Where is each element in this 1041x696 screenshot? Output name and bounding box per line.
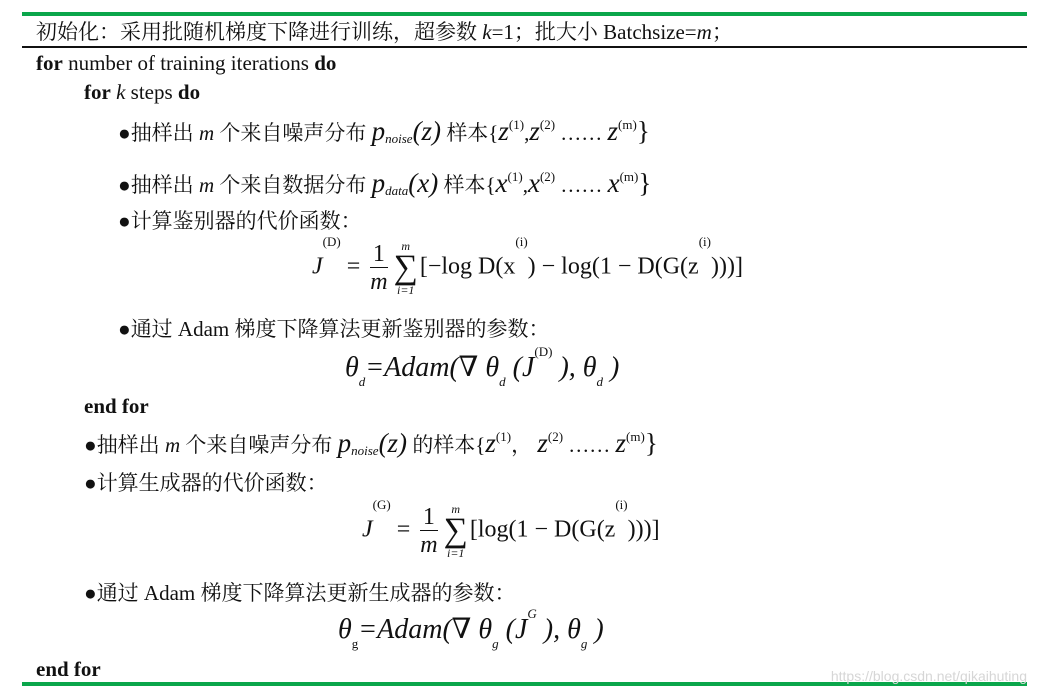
- brace: }: [638, 168, 651, 198]
- bullet-icon: ●: [84, 471, 97, 495]
- subscript: g: [352, 636, 359, 651]
- sum-symbol: m∑i=1: [394, 240, 418, 296]
- numerator: 1: [420, 504, 437, 531]
- text: 抽样出: [131, 121, 199, 145]
- p-var: p: [372, 116, 386, 146]
- formula-body: =Adam(∇ θ: [358, 614, 492, 645]
- g-update-formula: θg=Adam(∇ θg (JG ), θg ): [338, 612, 604, 646]
- superscript: (i): [699, 234, 711, 249]
- bullet-icon: ●: [84, 433, 97, 457]
- formula-body: ), θ: [552, 352, 596, 383]
- arg: (x): [408, 168, 438, 198]
- text: 样本{: [438, 173, 495, 197]
- j-var: J: [312, 254, 323, 280]
- ellipsis: ……: [555, 173, 608, 197]
- ellipsis: ……: [555, 121, 608, 145]
- inner-for-line: for k steps do: [84, 79, 200, 105]
- init-mid: =1；批大小 Batchsize=: [492, 20, 697, 44]
- superscript: (i): [515, 234, 527, 249]
- numerator: 1: [370, 241, 387, 268]
- sample-m: z: [616, 428, 627, 458]
- g-update-label: ●通过 Adam 梯度下降算法更新生成器的参数：: [84, 580, 516, 606]
- equals: =: [391, 517, 417, 543]
- g-sample-noise-line: ●抽样出 m 个来自噪声分布 pnoise(z) 的样本{z(1)， z(2) …: [84, 430, 658, 458]
- subscript: d: [597, 374, 604, 389]
- m-var: m: [697, 20, 712, 44]
- text: 计算鉴别器的代价函数：: [131, 209, 362, 233]
- init-text: 初始化：采用批随机梯度下降进行训练，超参数: [36, 20, 482, 44]
- g-cost-formula: J(G) = 1mm∑i=1[log(1 − D(G(z(i))))]: [362, 503, 660, 559]
- text: 样本{: [441, 121, 498, 145]
- formula-body: ): [603, 352, 619, 383]
- outer-loop-text: number of training iterations: [63, 51, 314, 75]
- subscript: g: [581, 636, 588, 651]
- text: 抽样出: [131, 173, 199, 197]
- superscript: (2): [540, 169, 555, 184]
- sample-2: z: [529, 116, 540, 146]
- sum-symbol: m∑i=1: [444, 503, 468, 559]
- text: 通过 Adam 梯度下降算法更新生成器的参数：: [97, 581, 516, 605]
- kw-do: do: [178, 80, 200, 104]
- superscript: (1): [496, 429, 511, 444]
- brace: }: [637, 116, 650, 146]
- bullet-icon: ●: [118, 121, 131, 145]
- superscript: (2): [540, 117, 555, 132]
- superscript: (D): [323, 234, 341, 249]
- superscript: (m): [618, 117, 637, 132]
- brace: }: [645, 428, 658, 458]
- watermark: https://blog.csdn.net/qikaihuting: [831, 668, 1027, 684]
- m-var: m: [165, 433, 180, 457]
- denominator: m: [420, 531, 437, 559]
- superscript: (D): [534, 344, 552, 359]
- fraction: 1m: [420, 504, 437, 559]
- subscript: d: [499, 374, 506, 389]
- d-cost-label: ●计算鉴别器的代价函数：: [118, 208, 362, 234]
- formula-body: =Adam(∇ θ: [365, 352, 499, 383]
- text: 的样本{: [407, 433, 485, 457]
- ellipsis: ……: [563, 433, 616, 457]
- subscript: noise: [385, 131, 412, 146]
- bullet-icon: ●: [84, 581, 97, 605]
- arg: (z): [413, 116, 442, 146]
- d-update-label: ●通过 Adam 梯度下降算法更新鉴别器的参数：: [118, 316, 550, 342]
- formula-body: ), θ: [537, 614, 581, 645]
- formula-body: ): [587, 614, 603, 645]
- formula-body: (J: [499, 614, 528, 645]
- sample-2: x: [528, 168, 540, 198]
- outer-end-for: end for: [36, 656, 101, 682]
- subscript: noise: [351, 443, 378, 458]
- text: 计算生成器的代价函数：: [97, 471, 328, 495]
- superscript: (i): [615, 497, 627, 512]
- formula-body: )))]: [711, 254, 743, 280]
- j-var: J: [362, 517, 373, 543]
- p-var: p: [372, 168, 386, 198]
- subscript: d: [359, 374, 366, 389]
- top-green-rule: [22, 12, 1027, 16]
- g-cost-label: ●计算生成器的代价函数：: [84, 470, 328, 496]
- sample-1: z: [498, 116, 509, 146]
- d-sample-noise-line: ●抽样出 m 个来自噪声分布 pnoise(z) 样本{z(1),z(2) ………: [118, 118, 650, 146]
- sample-m: z: [608, 116, 619, 146]
- theta: θ: [338, 614, 352, 645]
- denominator: m: [370, 268, 387, 296]
- subscript: g: [492, 636, 499, 651]
- arg: (z): [379, 428, 408, 458]
- separator: ，: [511, 433, 537, 457]
- text: 个来自噪声分布: [214, 121, 372, 145]
- bullet-icon: ●: [118, 173, 131, 197]
- init-line: 初始化：采用批随机梯度下降进行训练，超参数 k=1；批大小 Batchsize=…: [36, 19, 733, 45]
- sample-m: x: [608, 168, 620, 198]
- init-suffix: ；: [712, 20, 733, 44]
- formula-body: ) − log(1 − D(G(z: [528, 254, 699, 280]
- theta: θ: [345, 352, 359, 383]
- text: 个来自数据分布: [214, 173, 372, 197]
- text: 通过 Adam 梯度下降算法更新鉴别器的参数：: [131, 317, 550, 341]
- formula-body: [−log D(x: [420, 254, 516, 280]
- k-var: k: [482, 20, 491, 44]
- superscript: G: [527, 606, 536, 621]
- fraction: 1m: [370, 241, 387, 296]
- formula-body: )))]: [628, 517, 660, 543]
- superscript: (m): [626, 429, 645, 444]
- formula-body: (J: [506, 352, 535, 383]
- lower-limit: i=1: [444, 547, 468, 559]
- bullet-icon: ●: [118, 317, 131, 341]
- formula-body: [log(1 − D(G(z: [470, 517, 616, 543]
- outer-for-line: for number of training iterations do: [36, 50, 336, 76]
- bullet-icon: ●: [118, 209, 131, 233]
- header-rule: [22, 46, 1027, 48]
- superscript: (1): [509, 117, 524, 132]
- text: 抽样出: [97, 433, 165, 457]
- p-var: p: [338, 428, 352, 458]
- inner-end-for: end for: [84, 393, 149, 419]
- kw-do: do: [314, 51, 336, 75]
- inner-loop-text: steps: [125, 80, 178, 104]
- superscript: (G): [373, 497, 391, 512]
- subscript: data: [385, 183, 408, 198]
- d-sample-data-line: ●抽样出 m 个来自数据分布 pdata(x) 样本{x(1),x(2) …… …: [118, 170, 651, 198]
- sample-2: z: [537, 428, 548, 458]
- sample-1: x: [496, 168, 508, 198]
- lower-limit: i=1: [394, 284, 418, 296]
- d-cost-formula: J(D) = 1mm∑i=1[−log D(x(i)) − log(1 − D(…: [312, 240, 743, 296]
- superscript: (2): [548, 429, 563, 444]
- sample-1: z: [485, 428, 496, 458]
- text: 个来自噪声分布: [180, 433, 338, 457]
- d-update-formula: θd=Adam(∇ θd (J(D) ), θd ): [345, 350, 619, 384]
- kw-for: for: [84, 80, 111, 104]
- k-var: k: [116, 80, 125, 104]
- superscript: (m): [620, 169, 639, 184]
- superscript: (1): [508, 169, 523, 184]
- m-var: m: [199, 173, 214, 197]
- kw-for: for: [36, 51, 63, 75]
- m-var: m: [199, 121, 214, 145]
- equals: =: [341, 254, 367, 280]
